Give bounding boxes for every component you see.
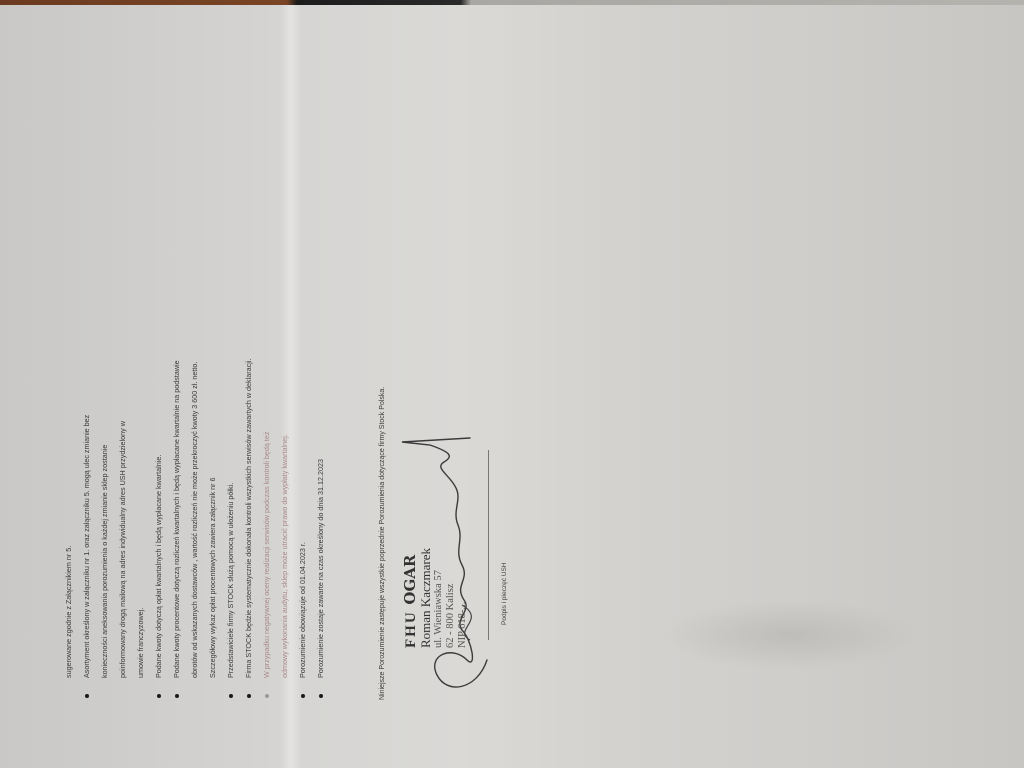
list-item: Porozumienie obowiązuje od 01.04.2023 r. — [294, 140, 312, 700]
signature-line — [488, 450, 489, 640]
bullet-icon — [301, 694, 305, 698]
bullet-icon — [229, 694, 233, 698]
list-item: sugerowane zgodnie z Załącznikiem nr 5. — [60, 140, 78, 700]
list-item: Firma STOCK będzie systematycznie dokona… — [240, 140, 258, 700]
bullet-icon — [265, 694, 269, 698]
list-item: obrotów od wskazanych dostawców , wartoś… — [186, 140, 204, 700]
bullet-icon — [175, 694, 179, 698]
bullet-icon — [157, 694, 161, 698]
list-item: Przedstawiciele firmy STOCK służą pomocą… — [222, 140, 240, 700]
bullet-icon — [85, 694, 89, 698]
bullet-icon — [319, 694, 323, 698]
list-item: poinformowany drogą mailową na adres ind… — [114, 140, 132, 700]
document-page: sugerowane zgodnie z Załącznikiem nr 5. … — [60, 140, 520, 700]
handwritten-signature — [392, 400, 502, 700]
list-item: Porozumienie zostaje zawarte na czas okr… — [312, 140, 330, 700]
list-item: Podane kwoty dotyczą opłat kwartalnych i… — [150, 140, 168, 700]
closing-statement: Niniejsze Porozumienie zastępuje wszystk… — [374, 140, 392, 700]
list-item: konieczności aneksowania porozumienia o … — [96, 140, 114, 700]
list-item: Podane kwoty procentowe dotyczą rozlicze… — [168, 140, 186, 700]
list-item: Asortyment określony w załączniku nr 1. … — [78, 140, 96, 700]
terms-list: sugerowane zgodnie z Załącznikiem nr 5. … — [60, 140, 330, 700]
signature-block: FHU OGAR Roman Kaczmarek ul. Wieniawska … — [392, 140, 542, 700]
signature-caption: Podpis i pieczęć USH — [496, 563, 514, 626]
bullet-icon — [247, 694, 251, 698]
list-item: odmowy wykonania audytu, sklep może utra… — [276, 140, 294, 700]
list-item: Szczegółowy wykaz opłat procentowych zaw… — [204, 140, 222, 700]
list-item: umowie franczyzowej. — [132, 140, 150, 700]
list-item: W przypadku negatywnej oceny realizacji … — [258, 140, 276, 700]
paper-crease — [660, 600, 920, 670]
